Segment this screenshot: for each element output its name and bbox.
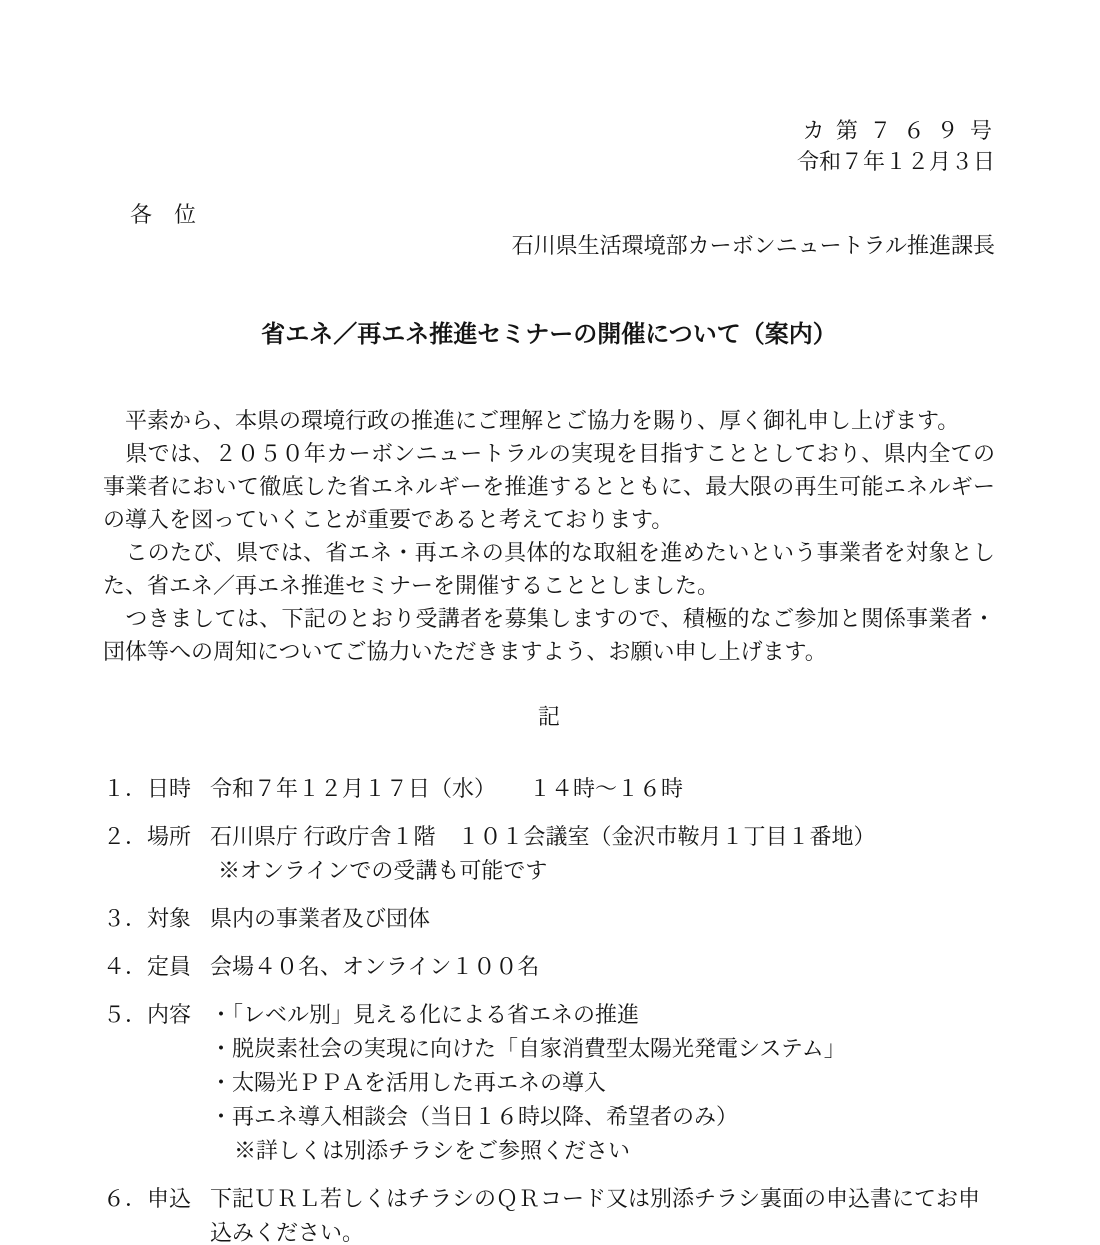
item-content: ・「レベル別」見える化による省エネの推進 ・脱炭素社会の実現に向けた「自家消費型… [210, 998, 995, 1168]
body-paragraph: 平素から、本県の環境行政の推進にご理解とご協力を賜り、厚く御礼申し上げます。 [103, 404, 995, 437]
doc-date: 令和７年１２月３日 [103, 146, 995, 177]
item-label: １．日時 [103, 772, 210, 806]
item-note: ※詳しくは別添チラシをご参照ください [234, 1134, 995, 1168]
item-label: ４．定員 [103, 950, 210, 984]
item-label: ６．申込 [103, 1182, 210, 1245]
list-item-contents: ５．内容 ・「レベル別」見える化による省エネの推進 ・脱炭素社会の実現に向けた「… [103, 998, 995, 1168]
recipient: 各 位 [103, 199, 995, 230]
list-item-place: ２．場所 石川県庁 行政庁舎１階 １０１会議室（金沢市鞍月１丁目１番地） ※オン… [103, 820, 995, 888]
list-item-capacity: ４．定員 会場４０名、オンライン１００名 [103, 950, 995, 984]
body-paragraph: このたび、県では、省エネ・再エネの具体的な取組を進めたいという事業者を対象とした… [103, 536, 995, 602]
header-block: カ 第 ７ ６ ９ 号 令和７年１２月３日 [103, 115, 995, 177]
bullet-line: ・再エネ導入相談会（当日１６時以降、希望者のみ） [210, 1100, 995, 1134]
bullet-line: ・「レベル別」見える化による省エネの推進 [210, 998, 995, 1032]
doc-number: カ 第 ７ ６ ９ 号 [103, 115, 995, 146]
list-item-application: ６．申込 下記ＵＲＬ若しくはチラシのＱＲコード又は別添チラシ裏面の申込書にてお申… [103, 1182, 995, 1245]
body-paragraph: つきましては、下記のとおり受講者を募集しますので、積極的なご参加と関係事業者・団… [103, 602, 995, 668]
item-label: ３．対象 [103, 902, 210, 936]
record-marker: 記 [103, 700, 995, 733]
seminar-detail-list: １．日時 令和７年１２月１７日（水） １４時～１６時 ２．場所 石川県庁 行政庁… [103, 772, 995, 1245]
item-label: ２．場所 [103, 820, 210, 888]
bullet-line: ・脱炭素社会の実現に向けた「自家消費型太陽光発電システム」 [210, 1032, 995, 1066]
body-paragraphs: 平素から、本県の環境行政の推進にご理解とご協力を賜り、厚く御礼申し上げます。 県… [103, 404, 995, 668]
list-item-target: ３．対象 県内の事業者及び団体 [103, 902, 995, 936]
item-content: 石川県庁 行政庁舎１階 １０１会議室（金沢市鞍月１丁目１番地） ※オンラインでの… [210, 820, 995, 888]
item-content: 会場４０名、オンライン１００名 [210, 950, 995, 984]
item-content: 県内の事業者及び団体 [210, 902, 995, 936]
sender: 石川県生活環境部カーボンニュートラル推進課長 [103, 230, 995, 261]
body-paragraph: 県では、２０５０年カーボンニュートラルの実現を目指すこととしており、県内全ての事… [103, 437, 995, 536]
list-item-datetime: １．日時 令和７年１２月１７日（水） １４時～１６時 [103, 772, 995, 806]
item-content: 下記ＵＲＬ若しくはチラシのＱＲコード又は別添チラシ裏面の申込書にてお申込みくださ… [210, 1182, 995, 1245]
document-page: カ 第 ７ ６ ９ 号 令和７年１２月３日 各 位 石川県生活環境部カーボンニュ… [0, 0, 1100, 1245]
doc-title: 省エネ／再エネ推進セミナーの開催について（案内） [103, 318, 995, 352]
bullet-line: ・太陽光ＰＰＡを活用した再エネの導入 [210, 1066, 995, 1100]
item-content: 令和７年１２月１７日（水） １４時～１６時 [210, 772, 995, 806]
item-content-line: 石川県庁 行政庁舎１階 １０１会議室（金沢市鞍月１丁目１番地） [210, 820, 995, 854]
item-note: ※オンラインでの受講も可能です [218, 854, 995, 888]
item-label: ５．内容 [103, 998, 210, 1168]
